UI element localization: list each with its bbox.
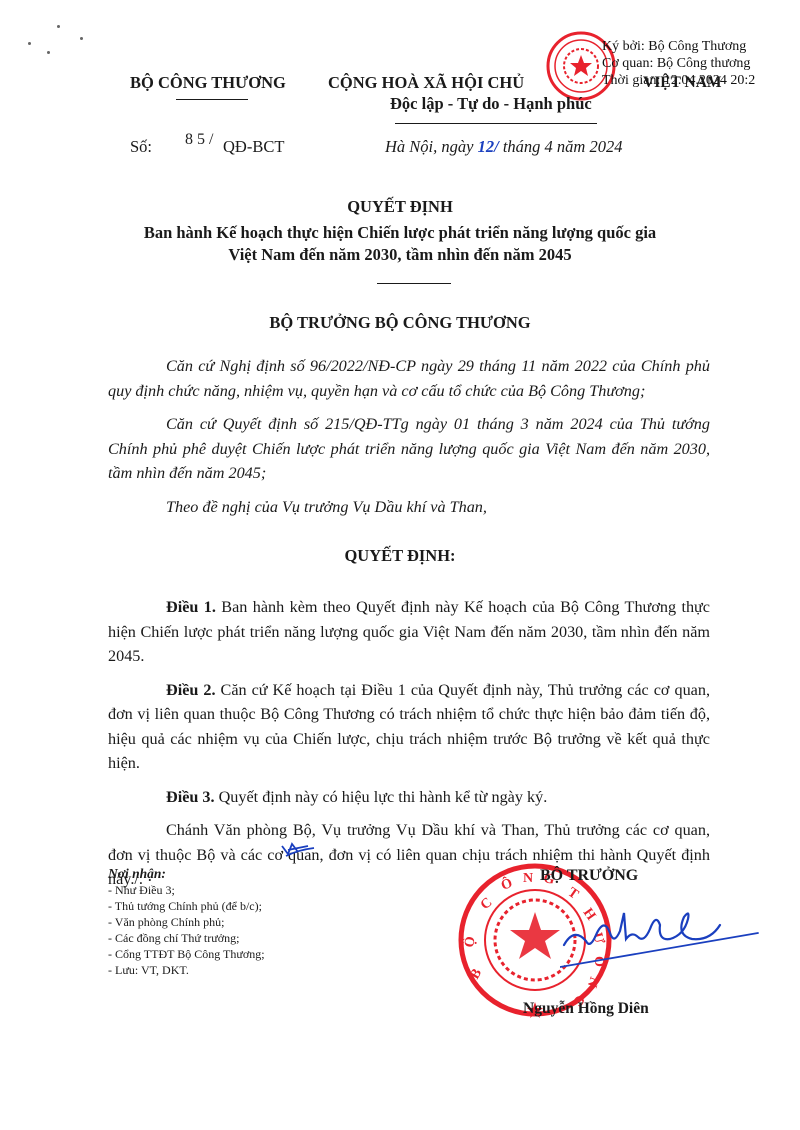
scan-speck: [80, 37, 83, 40]
ministry-name: BỘ CÔNG THƯƠNG: [130, 73, 286, 93]
motto: Độc lập - Tự do - Hạnh phúc: [390, 94, 592, 114]
number-handwritten: 8 5 /: [185, 131, 213, 149]
recipient-item: - Như Điều 3;: [108, 882, 265, 898]
preamble-clause-1: Căn cứ Nghị định số 96/2022/NĐ-CP ngày 2…: [108, 354, 710, 403]
articles: Điều 1. Ban hành kèm theo Quyết định này…: [108, 595, 710, 892]
handwritten-signature-icon: [560, 895, 760, 975]
country-name-left: CỘNG HOÀ XÃ HỘI CHỦ: [328, 73, 524, 93]
svg-text:N: N: [523, 871, 533, 886]
motto-underline: [395, 123, 597, 124]
day-handwritten: 12/: [478, 137, 499, 156]
article-2-label: Điều 2.: [166, 681, 216, 699]
place-date-suffix: tháng 4 năm 2024: [503, 137, 623, 156]
article-2: Điều 2. Căn cứ Kế hoạch tại Điều 1 của Q…: [108, 678, 710, 776]
scan-speck: [47, 51, 50, 54]
recipient-item: - Văn phòng Chính phủ;: [108, 914, 265, 930]
preamble-clause-3: Theo đề nghị của Vụ trưởng Vụ Dầu khí và…: [108, 495, 710, 520]
scan-speck: [57, 25, 60, 28]
article-3-label: Điều 3.: [166, 788, 215, 806]
scan-speck: [28, 42, 31, 45]
subject-line-1: Ban hành Kế hoạch thực hiện Chiến lược p…: [0, 222, 800, 244]
number-label: Số:: [130, 137, 152, 157]
subject-line-2: Việt Nam đến năm 2030, tầm nhìn đến năm …: [0, 244, 800, 266]
decision-heading: QUYẾT ĐỊNH:: [0, 546, 800, 566]
recipient-item: - Thủ tướng Chính phủ (để b/c);: [108, 898, 265, 914]
signer-name: Nguyễn Hồng Diên: [523, 1000, 649, 1018]
signed-by: Ký bởi: Bộ Công Thương: [602, 38, 755, 55]
ministry-underline: [176, 99, 248, 100]
svg-text:Ộ: Ộ: [460, 935, 479, 949]
place-date: Hà Nội, ngày 12/ tháng 4 năm 2024: [385, 137, 622, 157]
recipient-item: - Lưu: VT, DKT.: [108, 962, 265, 978]
svg-text:C: C: [478, 895, 495, 913]
recipient-item: - Các đồng chí Thứ trưởng;: [108, 930, 265, 946]
recipients: Nơi nhận: - Như Điều 3; - Thủ tướng Chín…: [108, 866, 265, 978]
initial-mark-icon: [280, 840, 320, 860]
number-suffix: QĐ-BCT: [223, 137, 284, 157]
country-name-right: VIỆT NAM: [643, 74, 722, 92]
article-1: Điều 1. Ban hành kèm theo Quyết định này…: [108, 595, 710, 669]
signer-position: BỘ TRƯỞNG: [540, 867, 638, 885]
article-1-label: Điều 1.: [166, 598, 216, 616]
article-3: Điều 3. Quyết định này có hiệu lực thi h…: [108, 785, 710, 810]
recipient-item: - Cổng TTĐT Bộ Công Thương;: [108, 946, 265, 962]
place-date-prefix: Hà Nội, ngày: [385, 137, 473, 156]
document-type: QUYẾT ĐỊNH: [0, 197, 800, 217]
recipients-title: Nơi nhận:: [108, 866, 265, 882]
preamble-clause-2: Căn cứ Quyết định số 215/QĐ-TTg ngày 01 …: [108, 412, 710, 486]
article-3-text: Quyết định này có hiệu lực thi hành kể t…: [215, 788, 548, 806]
document-subject: Ban hành Kế hoạch thực hiện Chiến lược p…: [0, 222, 800, 266]
issuing-authority: BỘ TRƯỞNG BỘ CÔNG THƯƠNG: [0, 313, 800, 333]
title-underline: [377, 283, 451, 284]
preamble: Căn cứ Nghị định số 96/2022/NĐ-CP ngày 2…: [108, 354, 710, 519]
signing-agency: Cơ quan: Bộ Công thương: [602, 55, 755, 72]
